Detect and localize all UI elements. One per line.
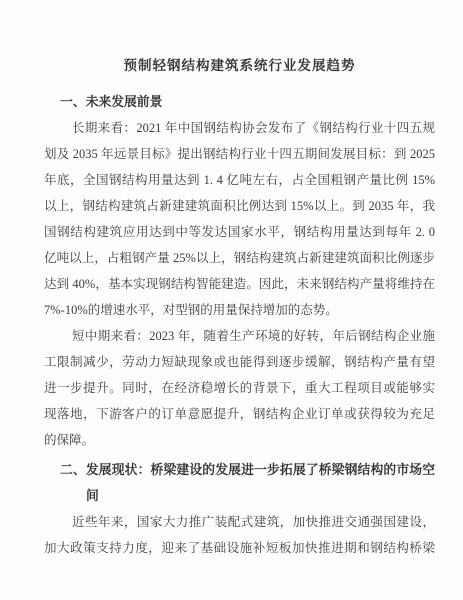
paragraph-recent-years: 近些年来，国家大力推广装配式建筑，加快推进交通强国建设， 加大政策支持力度，迎来… xyxy=(44,509,435,561)
document-page: 预制轻钢结构建筑系统行业发展趋势 一、未来发展前景 长期来看：2021 年中国钢… xyxy=(0,0,463,600)
text-line: 以上，钢结构建筑占新建建筑面积比例达到 15%以上。到 2035 年，我 xyxy=(44,193,435,219)
document-content: 预制轻钢结构建筑系统行业发展趋势 一、未来发展前景 长期来看：2021 年中国钢… xyxy=(0,0,463,561)
text-line: 划及 2035 年远景目标》提出钢结构行业十四五期间发展目标：到 2025 xyxy=(44,141,435,167)
section-2-heading-line: 二、发展现状：桥梁建设的发展进一步拓展了桥梁钢结构的市场空 xyxy=(44,457,435,483)
text-line: 长期来看：2021 年中国钢结构协会发布了《钢结构行业十四五规 xyxy=(44,115,435,141)
text-line: 国钢结构建筑应用达到中等发达国家水平，钢结构用量达到每年 2. 0 xyxy=(44,219,435,245)
paragraph-short-term: 短中期来看：2023 年，随着生产环境的好转，年后钢结构企业施 工限制减少，劳动… xyxy=(44,323,435,453)
text-line: 现落地，下游客户的订单意愿提升，钢结构企业订单或获得较为充足 xyxy=(44,401,435,427)
text-line: 加大政策支持力度，迎来了基础设施补短板加快推进期和钢结构桥梁 xyxy=(44,535,435,561)
text-line: 7%-10%的增速水平，对型钢的用量保持增加的态势。 xyxy=(44,297,435,323)
text-line: 近些年来，国家大力推广装配式建筑，加快推进交通强国建设， xyxy=(44,509,435,535)
text-line: 年底，全国钢结构用量达到 1. 4 亿吨左右，占全国粗钢产量比例 15% xyxy=(44,167,435,193)
paragraph-long-term: 长期来看：2021 年中国钢结构协会发布了《钢结构行业十四五规 划及 2035 … xyxy=(44,115,435,323)
text-line: 短中期来看：2023 年，随着生产环境的好转，年后钢结构企业施 xyxy=(44,323,435,349)
section-1-heading: 一、未来发展前景 xyxy=(44,89,435,115)
text-line: 亿吨以上，占粗钢产量 25%以上，钢结构建筑占新建建筑面积比例逐步 xyxy=(44,245,435,271)
text-line: 达到 40%，基本实现钢结构智能建造。因此，未来钢结构产量将维持在 xyxy=(44,271,435,297)
text-line: 工限制减少，劳动力短缺现象或也能得到逐步缓解，钢结构产量有望 xyxy=(44,349,435,375)
text-line: 进一步提升。同时，在经济稳增长的背景下，重大工程项目或能够实 xyxy=(44,375,435,401)
section-2-heading-line: 间 xyxy=(44,483,435,509)
text-line: 的保障。 xyxy=(44,427,435,453)
document-title: 预制轻钢结构建筑系统行业发展趋势 xyxy=(44,55,435,77)
section-2-heading: 二、发展现状：桥梁建设的发展进一步拓展了桥梁钢结构的市场空 间 xyxy=(44,457,435,509)
